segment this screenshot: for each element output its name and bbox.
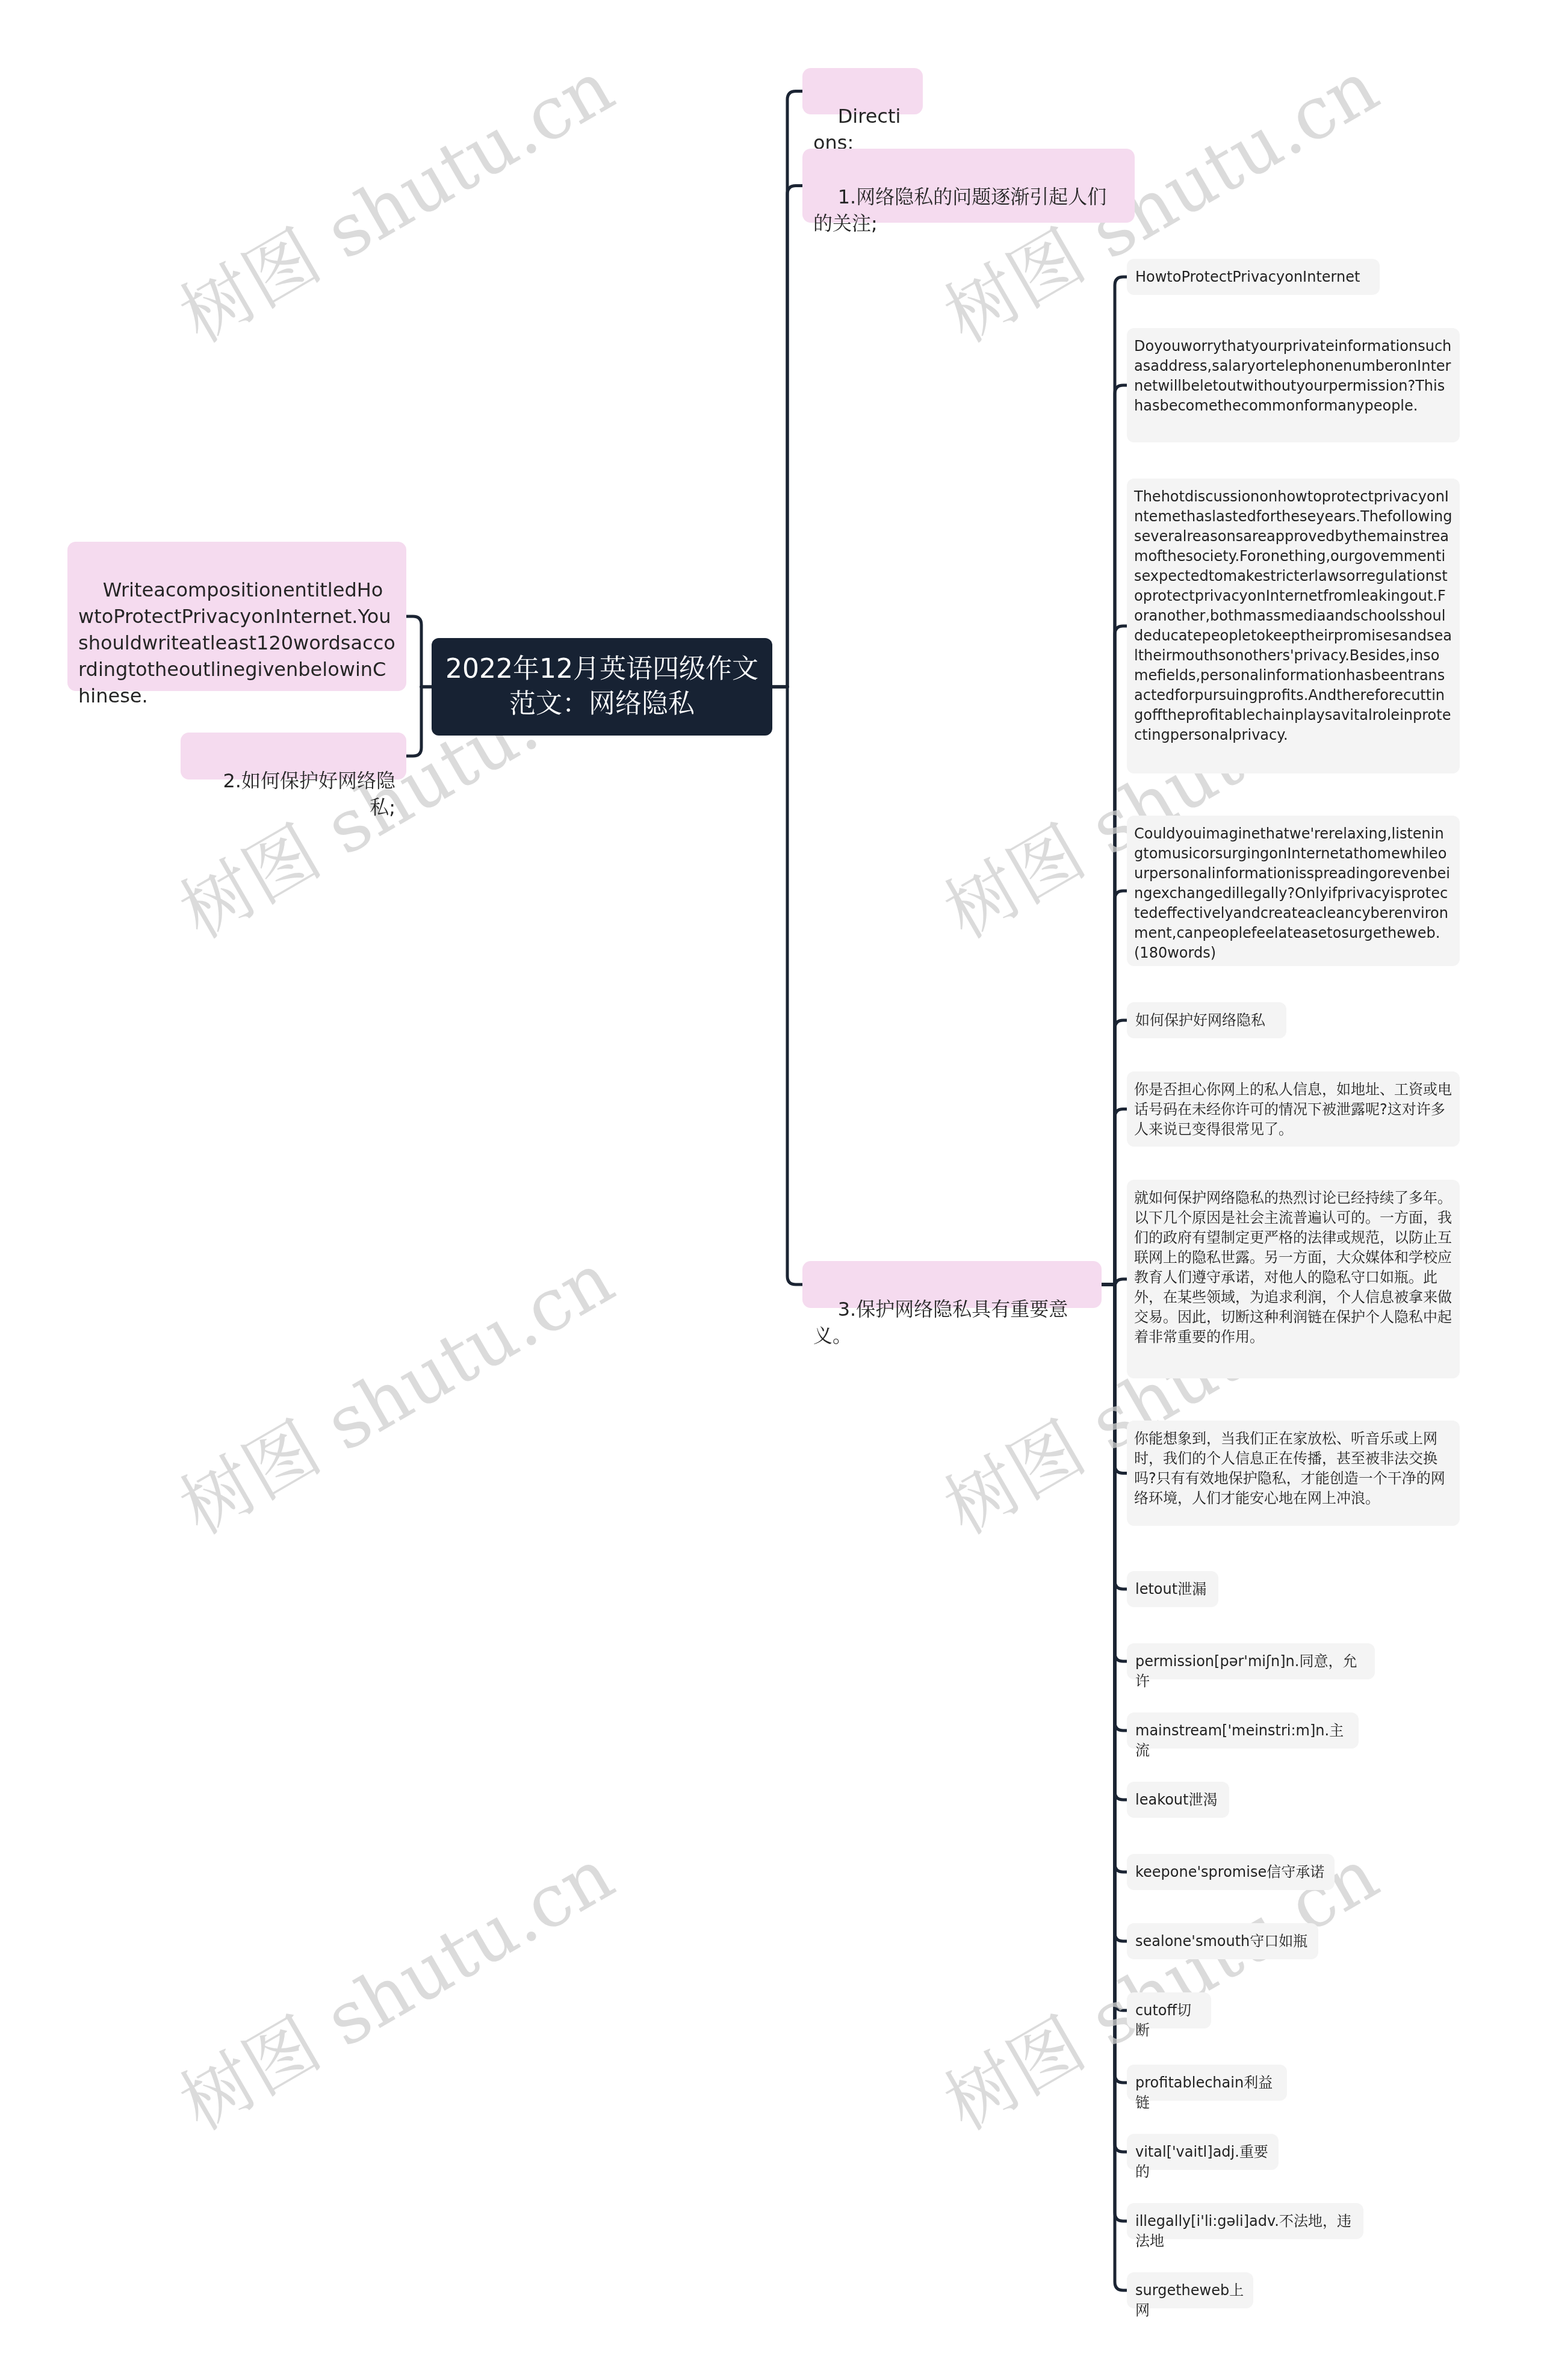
leaf-text: vital['vaitl]adj.重要的: [1135, 2143, 1268, 2180]
leaf-text: profitablechain利益链: [1135, 2074, 1273, 2111]
leaf-vocab-mainstream[interactable]: mainstream['meinstri:m]n.主流: [1127, 1712, 1359, 1749]
leaf-vocab-permission[interactable]: permission[pər'miʃn]n.同意，允许: [1127, 1643, 1375, 1679]
leaf-text: 你是否担心你网上的私人信息，如地址、工资或电话号码在未经你许可的情况下被泄露呢?…: [1134, 1081, 1452, 1138]
leaf-vocab-vital[interactable]: vital['vaitl]adj.重要的: [1127, 2134, 1279, 2170]
leaf-text: HowtoProtectPrivacyonInternet: [1135, 268, 1360, 285]
watermark: 树图 shutu.cn: [159, 1223, 629, 1554]
branch-how-to-protect[interactable]: 2.如何保护好网络隐私;: [181, 733, 406, 779]
root-topic-label: 2022年12月英语四级作文 范文：网络隐私: [445, 652, 758, 722]
leaf-text: illegally[i'li:gəli]adv.不法地，违法地: [1135, 2213, 1351, 2249]
leaf-text: cutoff切断: [1135, 2002, 1191, 2039]
leaf-text: Couldyouimaginethatwe'rerelaxing,listeni…: [1134, 825, 1450, 961]
watermark: 树图 shutu.cn: [159, 31, 629, 362]
leaf-text: 如何保护好网络隐私: [1135, 1012, 1265, 1029]
leaf-text: ThehotdiscussiononhowtoprotectprivacyonI…: [1134, 488, 1453, 743]
leaf-vocab-profitable-chain[interactable]: profitablechain利益链: [1127, 2065, 1287, 2101]
watermark: 树图 shutu.cn: [159, 1819, 629, 2150]
root-topic[interactable]: 2022年12月英语四级作文 范文：网络隐私: [432, 638, 772, 736]
leaf-paragraph-en-1[interactable]: Doyouworrythatyourprivateinformationsuch…: [1127, 328, 1460, 442]
leaf-paragraph-en-3[interactable]: Couldyouimaginethatwe'rerelaxing,listeni…: [1127, 816, 1460, 966]
branch-label: 1.网络隐私的问题逐渐引起人们的关注;: [813, 185, 1106, 235]
branch-label: WriteacompositionentitledHowtoProtectPri…: [78, 578, 395, 707]
leaf-paragraph-zh-1[interactable]: 你是否担心你网上的私人信息，如地址、工资或电话号码在未经你许可的情况下被泄露呢?…: [1127, 1071, 1460, 1147]
leaf-text: letout泄漏: [1135, 1581, 1206, 1598]
branch-writing-instruction[interactable]: WriteacompositionentitledHowtoProtectPri…: [67, 542, 406, 691]
leaf-vocab-illegally[interactable]: illegally[i'li:gəli]adv.不法地，违法地: [1127, 2203, 1363, 2239]
branch-label: Directions:: [813, 105, 901, 154]
leaf-text: permission[pər'miʃn]n.同意，允许: [1135, 1653, 1357, 1690]
leaf-paragraph-zh-3[interactable]: 你能想象到，当我们正在家放松、听音乐或上网时，我们的个人信息正在传播，甚至被非法…: [1127, 1421, 1460, 1526]
leaf-vocab-leakout[interactable]: leakout泄渴: [1127, 1782, 1229, 1818]
leaf-title-zh[interactable]: 如何保护好网络隐私: [1127, 1002, 1286, 1038]
leaf-text: 你能想象到，当我们正在家放松、听音乐或上网时，我们的个人信息正在传播，甚至被非法…: [1134, 1430, 1445, 1507]
leaf-text: keepone'spromise信守承诺: [1135, 1864, 1324, 1880]
mindmap-canvas: 树图 shutu.cn 树图 shutu.cn 树图 shutu.cn 树图 s…: [0, 0, 1541, 2380]
leaf-paragraph-zh-2[interactable]: 就如何保护网络隐私的热烈讨论已经持续了多年。以下几个原因是社会主流普遍认可的。一…: [1127, 1180, 1460, 1378]
leaf-text: leakout泄渴: [1135, 1791, 1218, 1808]
branch-label: 3.保护网络隐私具有重要意义。: [813, 1298, 1068, 1347]
leaf-text: mainstream['meinstri:m]n.主流: [1135, 1722, 1344, 1759]
leaf-vocab-surge-web[interactable]: surgetheweb上网: [1127, 2272, 1253, 2308]
leaf-text: surgetheweb上网: [1135, 2282, 1244, 2319]
leaf-vocab-letout[interactable]: letout泄漏: [1127, 1571, 1218, 1607]
leaf-title-en[interactable]: HowtoProtectPrivacyonInternet: [1127, 259, 1380, 295]
leaf-paragraph-en-2[interactable]: ThehotdiscussiononhowtoprotectprivacyonI…: [1127, 479, 1460, 773]
branch-directions[interactable]: Directions:: [802, 68, 923, 114]
leaf-vocab-seal-mouth[interactable]: sealone'smouth守口如瓶: [1127, 1923, 1318, 1959]
branch-label: 2.如何保护好网络隐私;: [223, 769, 395, 819]
leaf-text: Doyouworrythatyourprivateinformationsuch…: [1134, 338, 1451, 414]
leaf-text: sealone'smouth守口如瓶: [1135, 1933, 1307, 1950]
branch-privacy-concern[interactable]: 1.网络隐私的问题逐渐引起人们的关注;: [802, 149, 1135, 223]
leaf-vocab-keep-promise[interactable]: keepone'spromise信守承诺: [1127, 1854, 1335, 1890]
leaf-vocab-cutoff[interactable]: cutoff切断: [1127, 1992, 1211, 2028]
branch-importance[interactable]: 3.保护网络隐私具有重要意义。: [802, 1261, 1102, 1308]
leaf-text: 就如何保护网络隐私的热烈讨论已经持续了多年。以下几个原因是社会主流普遍认可的。一…: [1134, 1189, 1452, 1345]
